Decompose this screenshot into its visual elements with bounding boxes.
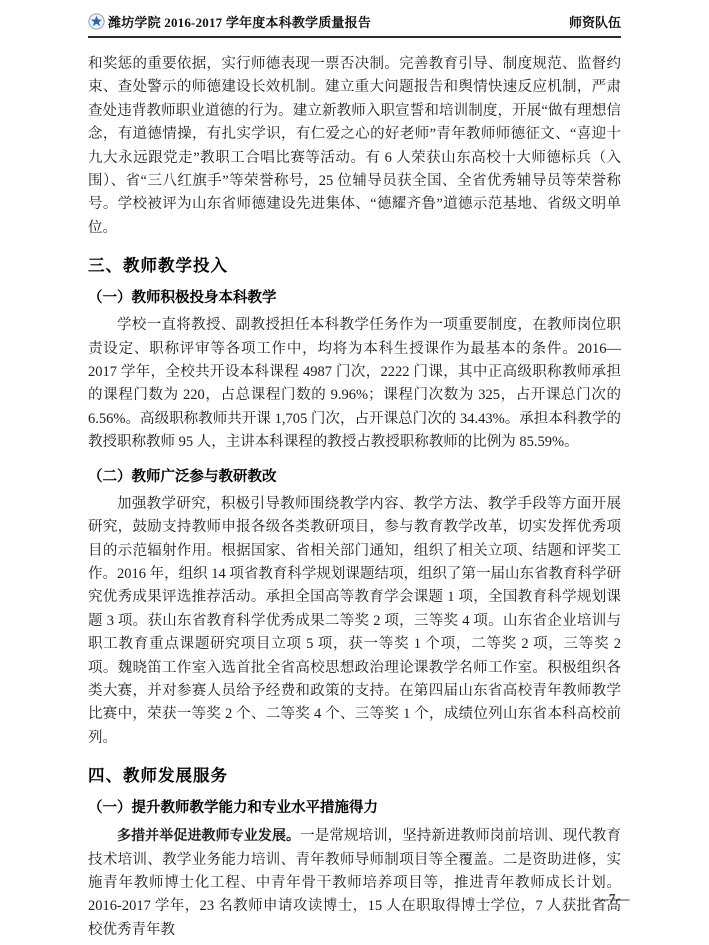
paragraph-teacher-development: 多措并举促进教师专业发展。一是常规培训，坚持新进教师岗前培训、现代教育技术培训、… bbox=[88, 824, 621, 942]
paragraph-teacher-ethics: 和奖惩的重要依据，实行师德表现一票否决制。完善教育引导、制度规范、监督约束、查处… bbox=[88, 53, 621, 240]
paragraph-rest-text: 一是常规培训，坚持新进教师岗前培训、现代教育技术培训、教学业务能力培训、青年教师… bbox=[88, 828, 621, 938]
paragraph-teaching-research: 加强教学研究，积极引导教师围绕教学内容、教学方法、教学手段等方面开展研究，鼓励支… bbox=[88, 493, 621, 750]
paragraph-lead-bold: 多措并举促进教师专业发展。 bbox=[117, 827, 300, 843]
university-logo-icon bbox=[88, 13, 105, 30]
paragraph-undergrad-teaching: 学校一直将教授、副教授担任本科教学任务作为一项重要制度，在教师岗位职责设定、职称… bbox=[88, 314, 621, 454]
page-header: 潍坊学院 2016-2017 学年度本科教学质量报告 师资队伍 bbox=[88, 12, 621, 38]
header-title: 潍坊学院 2016-2017 学年度本科教学质量报告 bbox=[108, 12, 371, 31]
heading-section-3: 三、教师教学投入 bbox=[88, 252, 621, 276]
document-body: 和奖惩的重要依据，实行师德表现一票否决制。完善教育引导、制度规范、监督约束、查处… bbox=[88, 53, 621, 942]
page-number: —7— bbox=[595, 891, 630, 906]
subheading-3-2: （二）教师广泛参与教研教改 bbox=[88, 465, 621, 486]
page-footer: —7— bbox=[595, 891, 630, 907]
heading-section-4: 四、教师发展服务 bbox=[88, 762, 621, 786]
header-section-label: 师资队伍 bbox=[569, 12, 621, 31]
subheading-3-1: （一）教师积极投身本科教学 bbox=[88, 286, 621, 307]
subheading-4-1: （一）提升教师教学能力和专业水平措施得力 bbox=[88, 796, 621, 817]
header-left: 潍坊学院 2016-2017 学年度本科教学质量报告 bbox=[88, 12, 371, 31]
document-page: 潍坊学院 2016-2017 学年度本科教学质量报告 师资队伍 和奖惩的重要依据… bbox=[0, 0, 709, 945]
